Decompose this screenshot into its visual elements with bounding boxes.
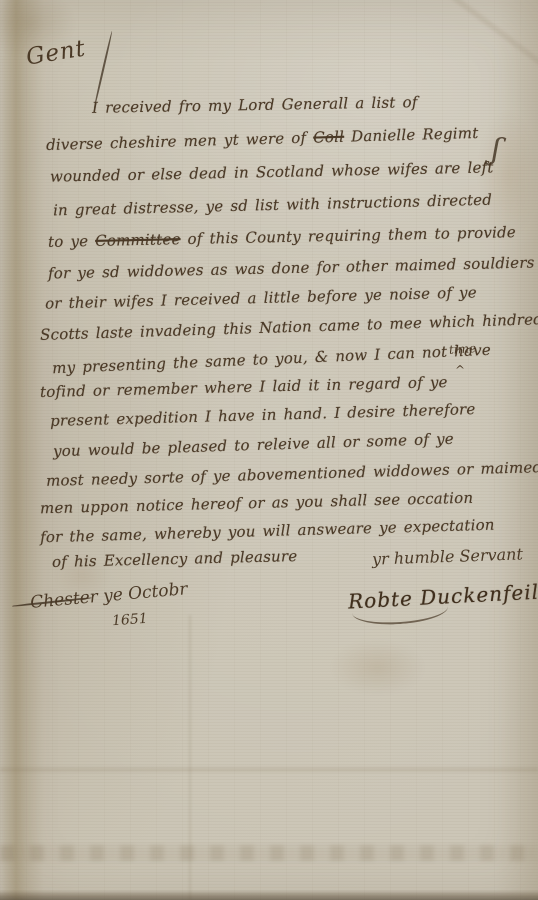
line-text: present expedition I have in hand. I des… — [50, 400, 476, 430]
line-text: of this County requiring them to provide — [180, 223, 516, 248]
line-text: tofind or remember where I laid it in re… — [40, 373, 448, 401]
letter-line: I received fro my Lord Generall a list o… — [92, 93, 418, 117]
line-text: most needy sorte of ye abovementioned wi… — [46, 458, 538, 490]
line-text: my presenting the same to you, & now I c… — [52, 341, 491, 377]
letter-line: for the same, whereby you will answeare … — [40, 516, 495, 547]
struck-word: Coll — [313, 128, 344, 147]
line-text: I received fro my Lord Generall a list o… — [92, 93, 418, 117]
line-text: Danielle Regimt — [344, 124, 479, 146]
letter-line: tofind or remember where I laid it in re… — [40, 373, 448, 401]
fold-crease-top-right — [406, 0, 538, 78]
fold-crease-vertical — [188, 615, 192, 900]
letter-line: most needy sorte of ye abovementioned wi… — [46, 458, 538, 490]
line-text: you would be pleased to releive all or s… — [53, 430, 454, 461]
letter-line: in great distresse, ye sd list with inst… — [53, 191, 492, 220]
fold-crease-horizontal — [0, 766, 538, 773]
line-text: for ye sd widdowes as was done for other… — [48, 253, 535, 282]
line-text: for the same, whereby you will answeare … — [40, 516, 495, 547]
line-text: to ye — [48, 232, 96, 251]
letter-line: of his Excellency and pleasure — [52, 547, 298, 571]
inserted-word: time — [449, 341, 477, 357]
letter-line: for ye sd widdowes as was done for other… — [48, 253, 535, 282]
struck-word: Committee — [95, 230, 181, 250]
caret-mark: ^ — [455, 363, 465, 377]
line-text: wounded or else dead in Scotland whose w… — [50, 158, 494, 185]
letter-line: present expedition I have in hand. I des… — [50, 400, 476, 430]
letter-line: or their wifes I received a little befor… — [45, 283, 477, 312]
date-year: 1651 — [111, 611, 148, 629]
line-text: diverse cheshire men yt were of — [46, 129, 314, 154]
letter-line: wounded or else dead in Scotland whose w… — [50, 158, 494, 185]
paper-stain — [330, 640, 425, 695]
page-bottom-edge — [0, 890, 538, 900]
line-text: of his Excellency and pleasure — [52, 547, 298, 571]
letter-line: my presenting the same to you, & now I c… — [52, 341, 491, 377]
line-text: men uppon notice hereof or as you shall … — [40, 489, 474, 518]
manuscript-page: Gent ʃ I received fro my Lord Generall a… — [0, 0, 538, 900]
docket-flourish-stroke — [93, 31, 113, 109]
letter-line: men uppon notice hereof or as you shall … — [40, 489, 474, 518]
closing-phrase: yr humble Servant — [372, 544, 523, 568]
letter-line: to ye Committee of this County requiring… — [48, 223, 516, 251]
line-text: Scotts laste invadeing this Nation came … — [40, 310, 538, 344]
letter-line: diverse cheshire men yt were of Coll Dan… — [46, 124, 479, 154]
line-text: in great distresse, ye sd list with inst… — [53, 191, 492, 220]
letter-line: Scotts laste invadeing this Nation came … — [40, 310, 538, 344]
letter-line: you would be pleased to releive all or s… — [53, 430, 454, 461]
line-text: or their wifes I received a little befor… — [45, 283, 477, 312]
fold-crease-horizontal — [0, 845, 538, 861]
